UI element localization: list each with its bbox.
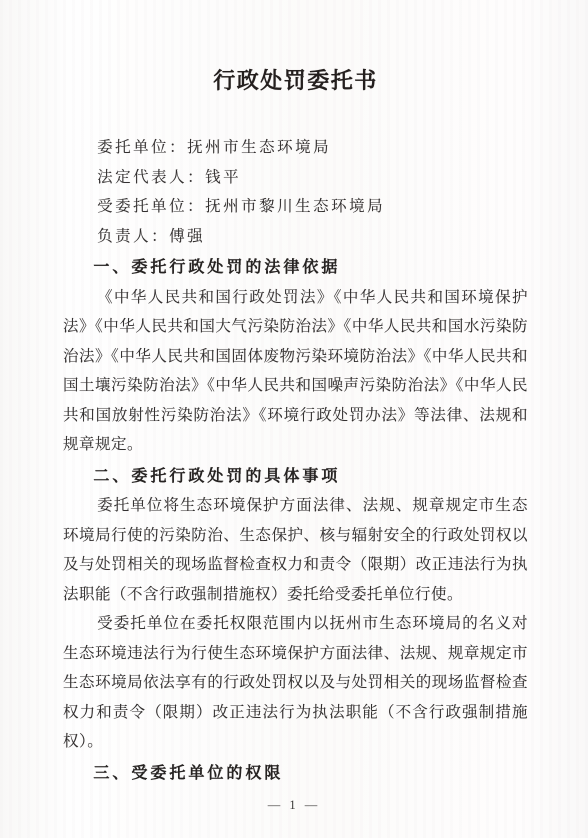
info-line-consignor-unit: 委托单位：抚州市生态环境局 — [63, 133, 528, 163]
info-line-legal-representative: 法定代表人：钱平 — [63, 163, 528, 193]
section-heading-legal-basis: 一、委托行政处罚的法律依据 — [63, 253, 528, 283]
section-heading-entrusted-authority: 三、受委托单位的权限 — [63, 759, 528, 789]
document-body: 委托单位：抚州市生态环境局 法定代表人：钱平 受委托单位：抚州市黎川生态环境局 … — [63, 133, 528, 788]
info-line-person-in-charge: 负责人：傅强 — [63, 222, 528, 252]
page-number: — 1 — — [268, 798, 321, 812]
paragraph-specific-matters-2: 受委托单位在委托权限范围内以抚州市生态环境局的名义对生态环境违法行为行使生态环境… — [63, 609, 528, 757]
document-title: 行政处罚委托书 — [63, 64, 528, 98]
section-heading-specific-matters: 二、委托行政处罚的具体事项 — [63, 462, 528, 492]
paragraph-specific-matters-1: 委托单位将生态环境保护方面法律、法规、规章规定市生态环境局行使的污染防治、生态保… — [63, 491, 528, 609]
document-content: 行政处罚委托书 委托单位：抚州市生态环境局 法定代表人：钱平 受委托单位：抚州市… — [0, 64, 588, 788]
info-line-entrusted-unit: 受委托单位：抚州市黎川生态环境局 — [63, 192, 528, 222]
page-footer: — 1 — — [0, 796, 588, 814]
document-page: 行政处罚委托书 委托单位：抚州市生态环境局 法定代表人：钱平 受委托单位：抚州市… — [0, 0, 588, 838]
paragraph-legal-basis: 《中华人民共和国行政处罚法》《中华人民共和国环境保护法》《中华人民共和国大气污染… — [63, 283, 528, 460]
